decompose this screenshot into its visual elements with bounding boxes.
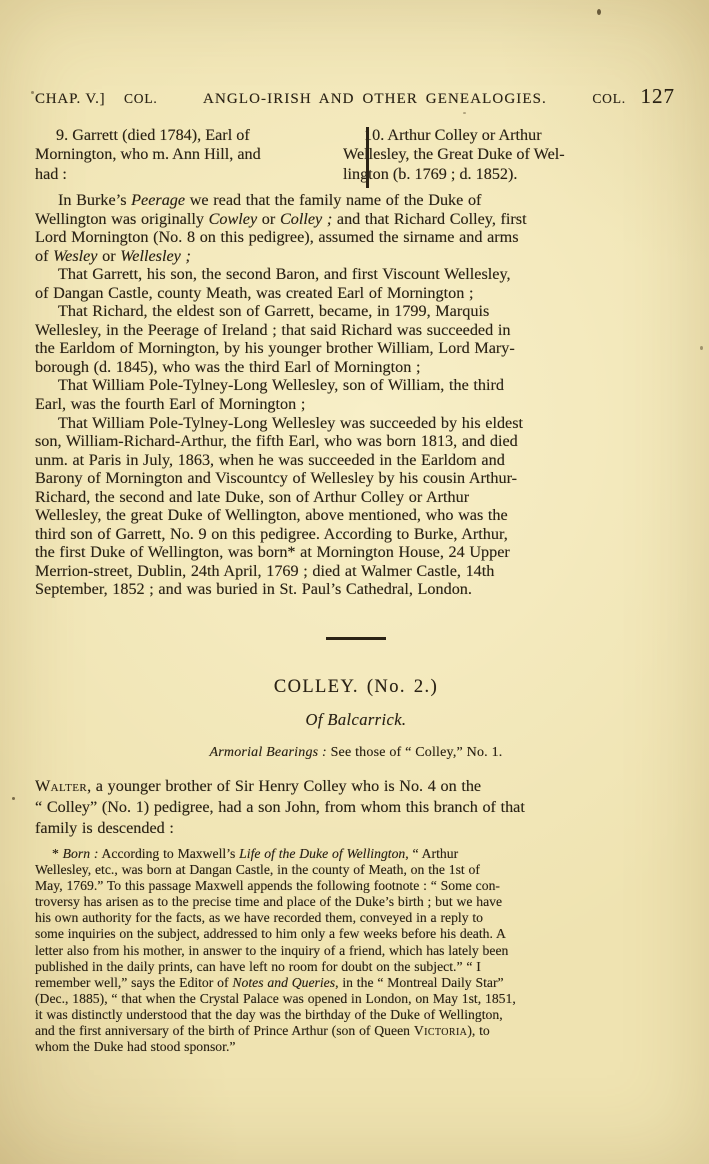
- header-left: CHAP. V.] COL.: [35, 91, 158, 108]
- section-subheading: Of Balcarrick.: [35, 710, 677, 730]
- paragraph-burkes-peerage: In Burke’s Peerage we read that the fami…: [35, 191, 678, 265]
- column-divider-rule: [366, 127, 369, 188]
- section-divider-rule: [326, 637, 386, 640]
- running-header: CHAP. V.] COL. ANGLO-IRISH AND OTHER GEN…: [35, 84, 675, 109]
- paper-speck: [597, 9, 601, 15]
- birth-footnote: * Born : According to Maxwell’s Life of …: [35, 846, 678, 1055]
- colley-no2-section: COLLEY. (No. 2.) Of Balcarrick. Armorial…: [35, 630, 677, 838]
- book-page-scan: CHAP. V.] COL. ANGLO-IRISH AND OTHER GEN…: [0, 0, 709, 1164]
- armorial-bearings-line: Armorial Bearings : See those of “ Colle…: [35, 745, 677, 761]
- pedigree-entry-9-garrett: 9. Garrett (died 1784), Earl of Morningt…: [35, 126, 328, 184]
- body-text: In Burke’s Peerage we read that the fami…: [35, 191, 678, 599]
- running-title: ANGLO-IRISH AND OTHER GENEALOGIES.: [203, 91, 547, 108]
- right-column-label: COL.: [592, 91, 626, 106]
- pedigree-entry-10-arthur: 10. Arthur Colley or Arthur Wellesley, t…: [328, 126, 677, 184]
- paragraph-richard-marquis: That Richard, the eldest son of Garrett,…: [35, 302, 678, 376]
- left-column-label: COL.: [124, 91, 158, 106]
- paragraph-fifth-earl-succession: That William Pole-Tylney-Long Wellesley …: [35, 414, 678, 599]
- paper-speck: [700, 346, 703, 350]
- paragraph-fourth-earl: That William Pole-Tylney-Long Wellesley,…: [35, 376, 678, 413]
- paper-speck: [12, 797, 15, 800]
- paper-speck: [31, 91, 34, 94]
- chapter-label: CHAP. V.]: [35, 91, 105, 107]
- header-right: COL. 127: [592, 84, 675, 109]
- paragraph-garrett-viscount: That Garrett, his son, the second Baron,…: [35, 265, 678, 302]
- page-number: 127: [641, 84, 676, 108]
- section-heading: COLLEY. (No. 2.): [35, 677, 677, 698]
- walter-paragraph: Walter, a younger brother of Sir Henry C…: [35, 776, 677, 838]
- pedigree-entries: 9. Garrett (died 1784), Earl of Morningt…: [35, 126, 677, 184]
- paper-speck: [463, 112, 466, 114]
